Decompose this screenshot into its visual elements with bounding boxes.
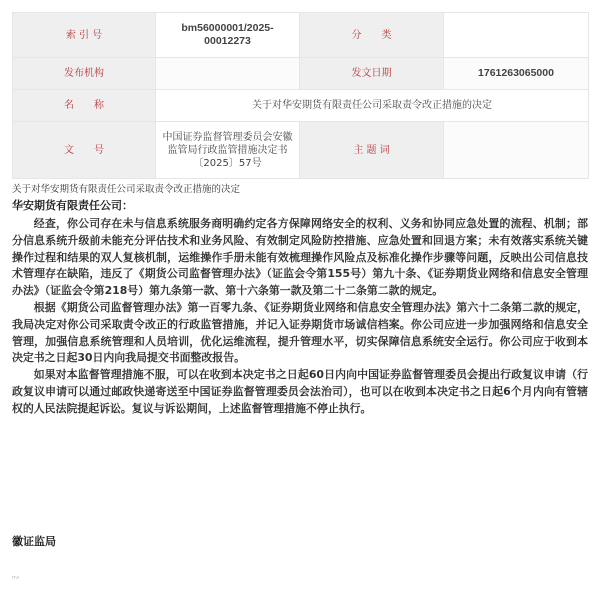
issuer-signature: 徽证监局	[12, 533, 56, 549]
label-title: 名 称	[13, 90, 156, 122]
label-doc-number: 文 号	[13, 122, 156, 179]
document-body: 经查，你公司存在未与信息系统服务商明确约定各方保障网络安全的权利、义务和协同应急…	[12, 216, 588, 418]
footer-mark: ᴴᵘᴵ	[12, 575, 19, 583]
value-title: 关于对华安期货有限责任公司采取责令改正措施的决定	[156, 90, 589, 122]
meta-row-title: 名 称 关于对华安期货有限责任公司采取责令改正措施的决定	[13, 90, 589, 122]
addressee: 华安期货有限责任公司：	[12, 197, 133, 213]
value-issue-date: 1761263065000	[444, 58, 589, 90]
paragraph-measures: 根据《期货公司监督管理办法》第一百零九条、《证券期货业网络和信息安全管理办法》第…	[12, 300, 588, 367]
value-index-number: bm56000001/2025-00012273	[156, 13, 300, 58]
paragraph-appeal: 如果对本监督管理措施不服，可以在收到本决定书之日起60日内向中国证券监督管理委员…	[12, 367, 588, 417]
paragraph-findings: 经查，你公司存在未与信息系统服务商明确约定各方保障网络安全的权利、义务和协同应急…	[12, 216, 588, 300]
value-doc-number: 中国证券监督管理委员会安徽监管局行政监管措施决定书〔2025〕57号	[156, 122, 300, 179]
document-subtitle: 关于对华安期货有限责任公司采取责令改正措施的决定	[12, 181, 240, 195]
value-keywords	[444, 122, 589, 179]
meta-row-publisher: 发布机构 发文日期 1761263065000	[13, 58, 589, 90]
document-meta-table: 索 引 号 bm56000001/2025-00012273 分 类 发布机构 …	[12, 12, 589, 179]
meta-row-doc-number: 文 号 中国证券监督管理委员会安徽监管局行政监管措施决定书〔2025〕57号 主…	[13, 122, 589, 179]
label-issue-date: 发文日期	[300, 58, 444, 90]
meta-row-index: 索 引 号 bm56000001/2025-00012273 分 类	[13, 13, 589, 58]
label-category: 分 类	[300, 13, 444, 58]
label-publisher: 发布机构	[13, 58, 156, 90]
value-publisher	[156, 58, 300, 90]
label-index-number: 索 引 号	[13, 13, 156, 58]
label-keywords: 主 题 词	[300, 122, 444, 179]
value-category	[444, 13, 589, 58]
